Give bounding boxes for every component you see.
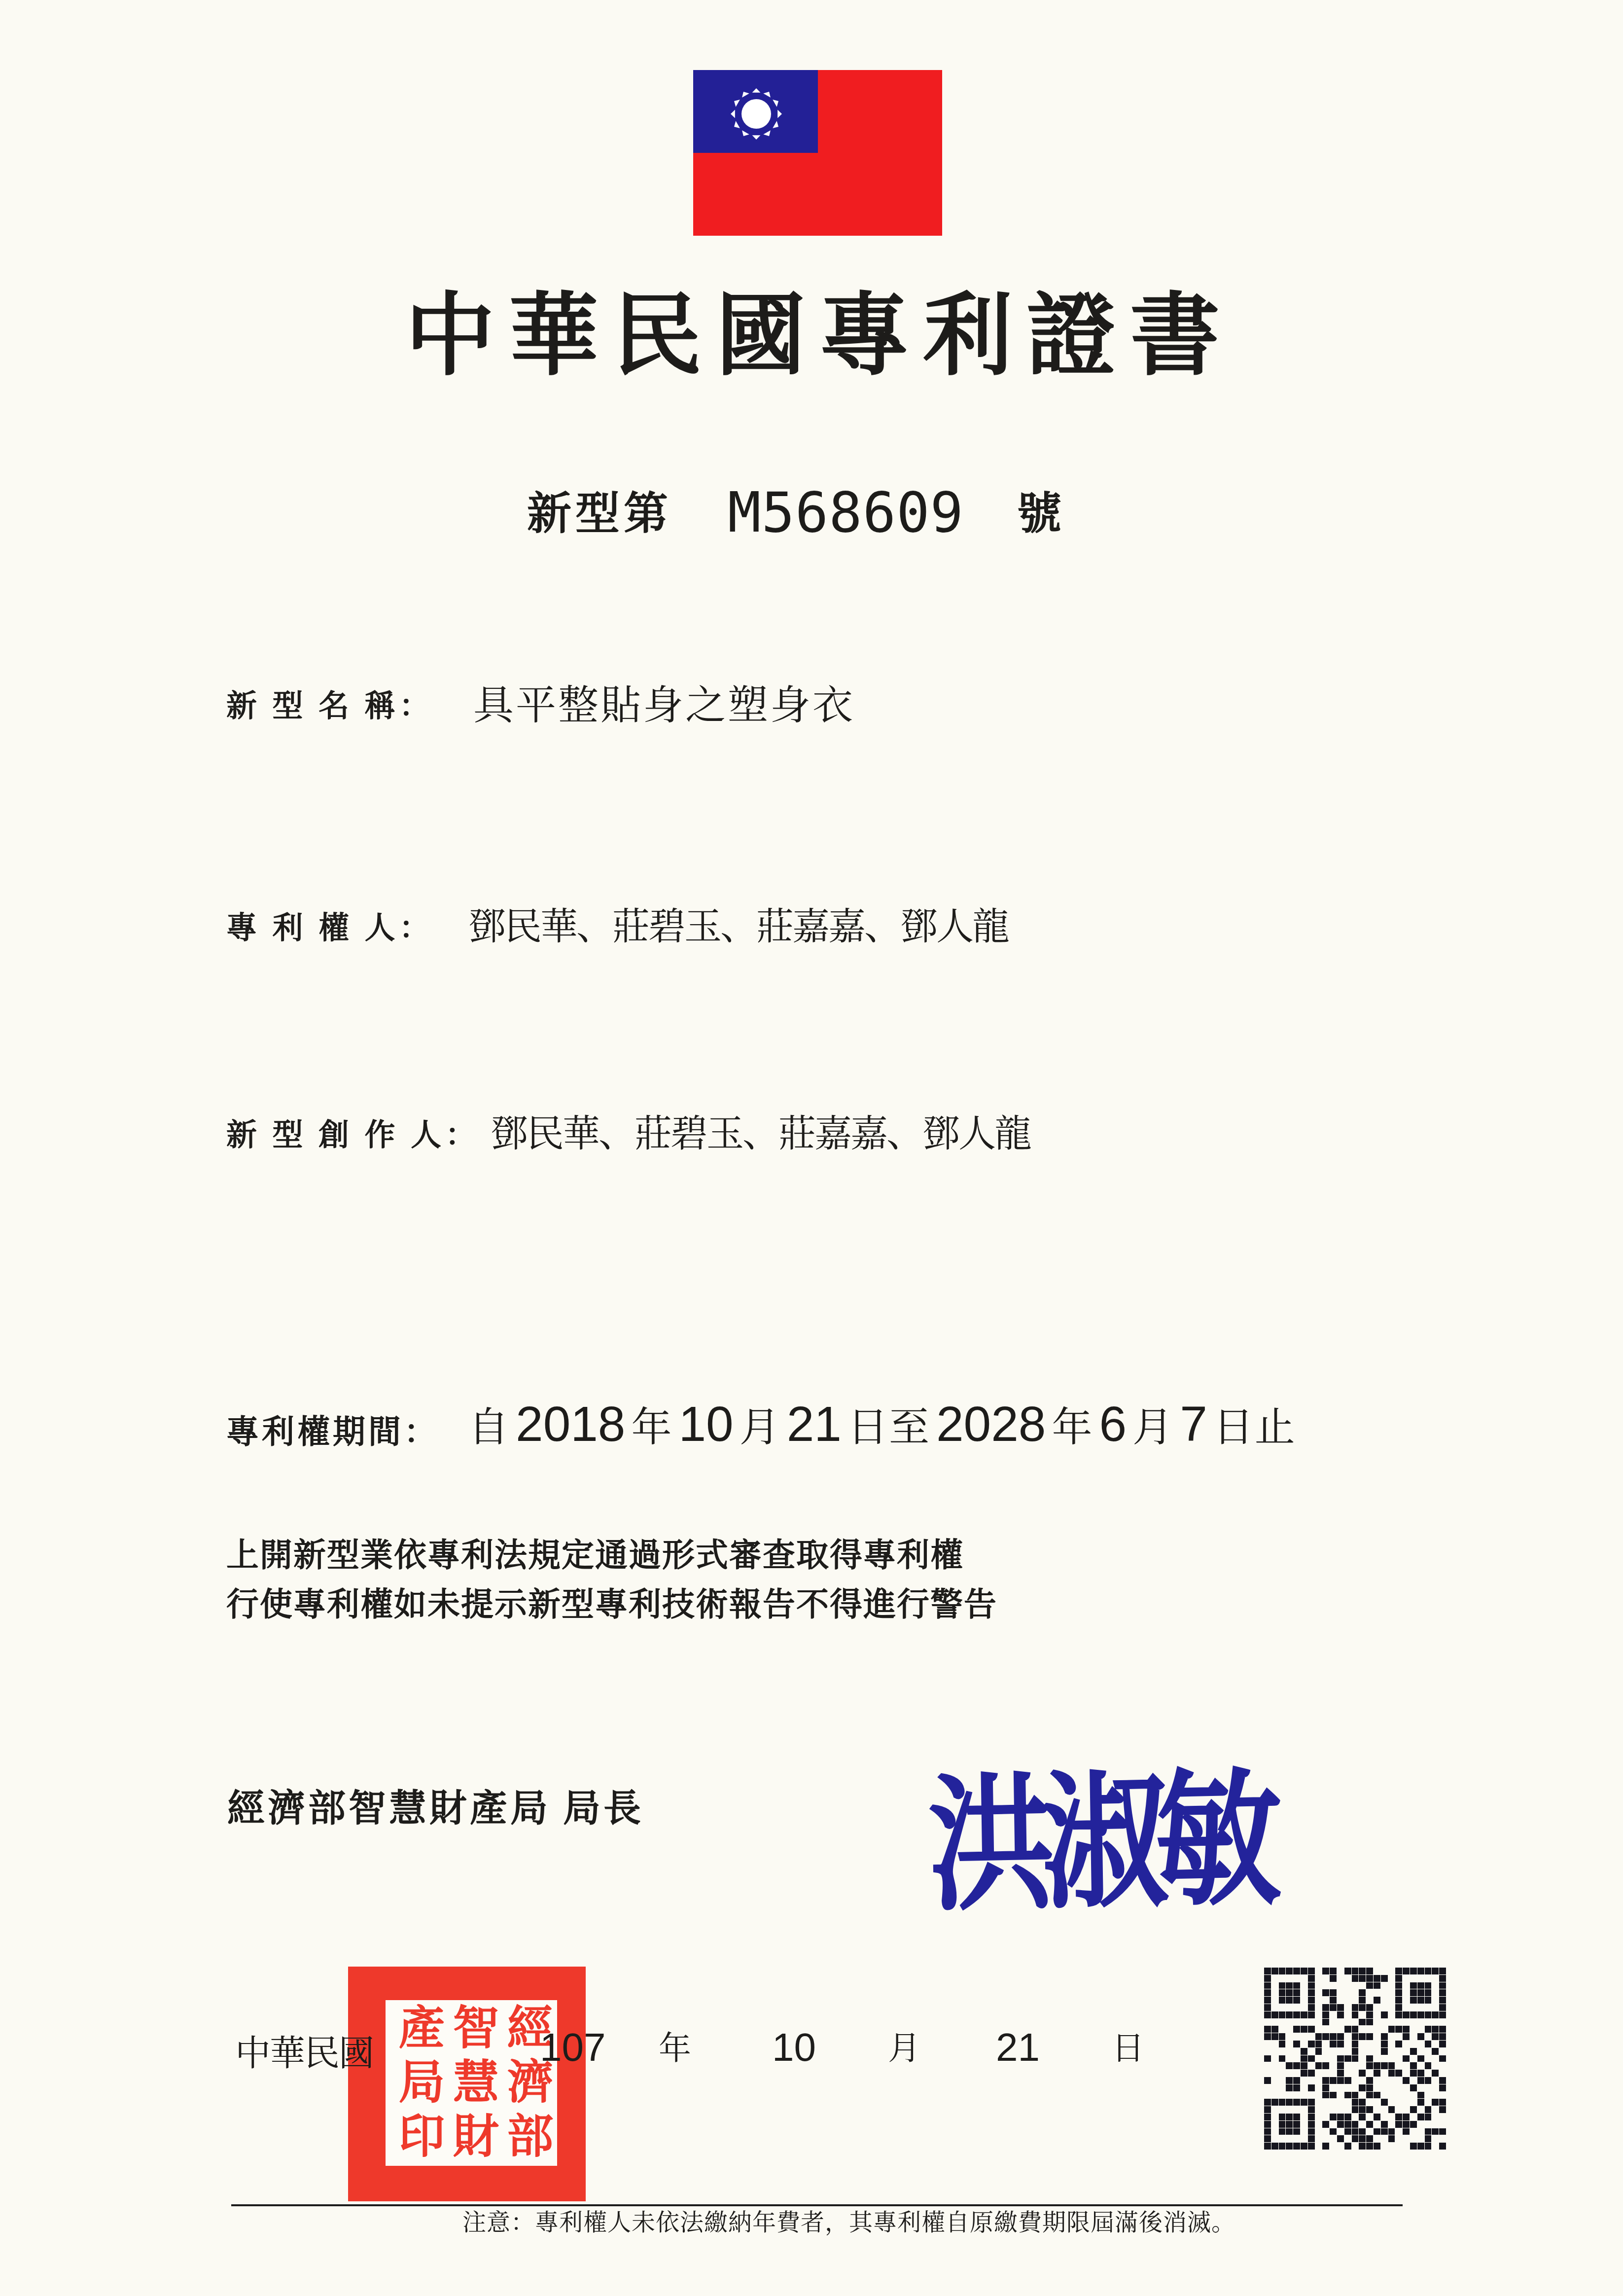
patent-number-prefix: 新型第 — [527, 492, 672, 537]
patent-number-suffix: 號 — [1017, 492, 1061, 537]
patent-certificate-page: 中華民國專利證書 新型第 M568609 號 新 型 名 稱： 具平整貼身之塑身… — [0, 0, 1623, 2296]
seal-inner-panel: 經濟部智慧財產局印 — [386, 2000, 557, 2166]
date-year-unit: 年 — [659, 2033, 691, 2065]
term-part: 自 — [468, 1405, 510, 1450]
date-month-unit: 月 — [888, 2033, 920, 2065]
director-general-signature: 洪淑敏 — [927, 1767, 1270, 1921]
patentee-label: 專 利 權 人： — [226, 913, 434, 944]
legal-statement-line-1: 上開新型業依專利法規定通過形式審查取得專利權 — [226, 1540, 964, 1572]
term-part: 2018 — [516, 1397, 625, 1452]
term-part: 7 — [1180, 1397, 1207, 1452]
patent-number: M568609 — [728, 485, 964, 540]
term-part: 21 — [787, 1397, 842, 1452]
legal-statement-line-2: 行使專利權如未提示新型專利技術報告不得進行警告 — [226, 1589, 997, 1621]
date-day: 21 — [996, 2028, 1040, 2067]
creator-value: 鄧民華、莊碧玉、莊嘉嘉、鄧人龍 — [491, 1115, 1030, 1153]
patent-term-label: 專利權期間： — [226, 1416, 439, 1449]
term-part: 日至 — [847, 1405, 930, 1450]
certificate-title: 中華民國專利證書 — [405, 292, 1234, 382]
term-part: 年 — [1052, 1405, 1093, 1450]
utility-model-name-label: 新 型 名 稱： — [226, 691, 434, 722]
term-part: 月 — [740, 1405, 781, 1450]
date-month: 10 — [772, 2028, 816, 2067]
patentee-value: 鄧民華、莊碧玉、莊嘉嘉、鄧人龍 — [468, 908, 1008, 946]
term-part: 月 — [1132, 1405, 1174, 1450]
ip-office-seal: 經濟部智慧財產局印 — [348, 1967, 586, 2201]
term-part: 2028 — [936, 1397, 1046, 1452]
term-part: 10 — [679, 1397, 734, 1452]
date-era: 中華民國 — [235, 2036, 373, 2071]
seal-column: 智慧財 — [445, 2003, 498, 2163]
date-year: 107 — [540, 2028, 605, 2067]
seal-column: 產局印 — [390, 2003, 444, 2163]
patent-term-value: 自2018年10月21日至2028年6月7日止 — [468, 1399, 1296, 1449]
term-part: 6 — [1099, 1397, 1127, 1452]
term-part: 年 — [631, 1405, 672, 1450]
qr-code — [1264, 1968, 1447, 2150]
date-day-unit: 日 — [1112, 2033, 1144, 2065]
utility-model-name-value: 具平整貼身之塑身衣 — [473, 685, 855, 726]
footer-divider — [231, 2204, 1403, 2206]
taiwan-flag-icon — [693, 70, 942, 236]
issuing-office-title: 經濟部智慧財產局 局長 — [227, 1790, 644, 1828]
creator-label: 新 型 創 作 人： — [226, 1120, 480, 1151]
footer-note: 注意：專利權人未依法繳納年費者，其專利權自原繳費期限屆滿後消滅。 — [462, 2211, 1235, 2235]
term-part: 日止 — [1213, 1405, 1296, 1450]
